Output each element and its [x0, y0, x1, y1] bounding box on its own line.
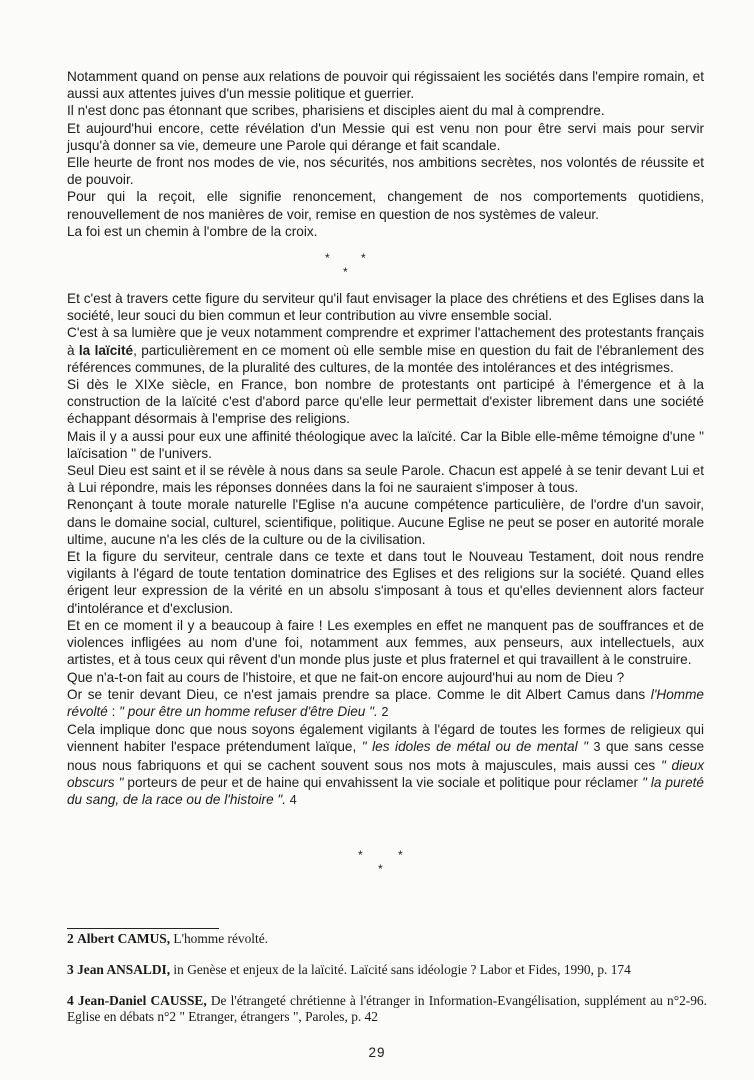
page-number: 29 — [0, 1045, 754, 1060]
asterisk: * — [325, 250, 330, 267]
paragraph-laicite: C'est à sa lumière que je veux notamment… — [67, 324, 704, 376]
paragraph: Notamment quand on pense aux relations d… — [67, 68, 704, 102]
paragraph: Et c'est à travers cette figure du servi… — [67, 290, 704, 324]
footnote-2: 2 Albert CAMUS, L'homme révolté. — [67, 931, 707, 947]
section-separator: * * * — [67, 240, 704, 290]
paragraph: Elle heurte de front nos modes de vie, n… — [67, 154, 704, 188]
asterisk: * — [378, 861, 383, 878]
asterisk: * — [398, 847, 403, 864]
paragraph: Il n'est donc pas étonnant que scribes, … — [67, 102, 704, 119]
asterisk: * — [361, 250, 366, 267]
footnotes: 2 Albert CAMUS, L'homme révolté. 3 Jean … — [67, 931, 707, 1040]
paragraph: Que n'a-t-on fait au cours de l'histoire… — [67, 669, 704, 686]
emphasis-laicite: la laïcité — [79, 343, 133, 358]
body-text: Notamment quand on pense aux relations d… — [67, 68, 704, 887]
quote: " pour être un homme refuser d'être Dieu… — [119, 704, 378, 719]
document-page: Notamment quand on pense aux relations d… — [0, 0, 754, 1080]
paragraph: La foi est un chemin à l'ombre de la cro… — [67, 223, 704, 240]
footnote-3: 3 Jean ANSALDI, in Genèse et enjeux de l… — [67, 962, 707, 978]
footnote-4: 4 Jean-Daniel CAUSSE, De l'étrangeté chr… — [67, 993, 707, 1025]
quote: " les idoles de métal ou de mental " — [362, 739, 588, 754]
footnote-ref[interactable]: 2 — [382, 705, 389, 719]
paragraph: Et la figure du serviteur, centrale dans… — [67, 548, 704, 617]
paragraph: Pour qui la reçoit, elle signifie renonc… — [67, 188, 704, 222]
footnote-divider — [67, 928, 219, 929]
paragraph: Seul Dieu est saint et il se révèle à no… — [67, 462, 704, 496]
asterisk: * — [343, 264, 348, 281]
paragraph: Si dès le XIXe siècle, en France, bon no… — [67, 376, 704, 428]
section-separator: * * * — [67, 837, 704, 887]
footnote-ref[interactable]: 4 — [290, 793, 297, 807]
footnote-ref[interactable]: 3 — [594, 740, 601, 754]
asterisk: * — [358, 847, 363, 864]
paragraph: Mais il y a aussi pour eux une affinité … — [67, 428, 704, 462]
paragraph: Renonçant à toute morale naturelle l'Egl… — [67, 496, 704, 548]
paragraph-camus: Or se tenir devant Dieu, ce n'est jamais… — [67, 686, 704, 721]
paragraph-idoles: Cela implique donc que nous soyons égale… — [67, 721, 704, 809]
paragraph: Et en ce moment il y a beaucoup à faire … — [67, 617, 704, 669]
paragraph: Et aujourd'hui encore, cette révélation … — [67, 120, 704, 154]
